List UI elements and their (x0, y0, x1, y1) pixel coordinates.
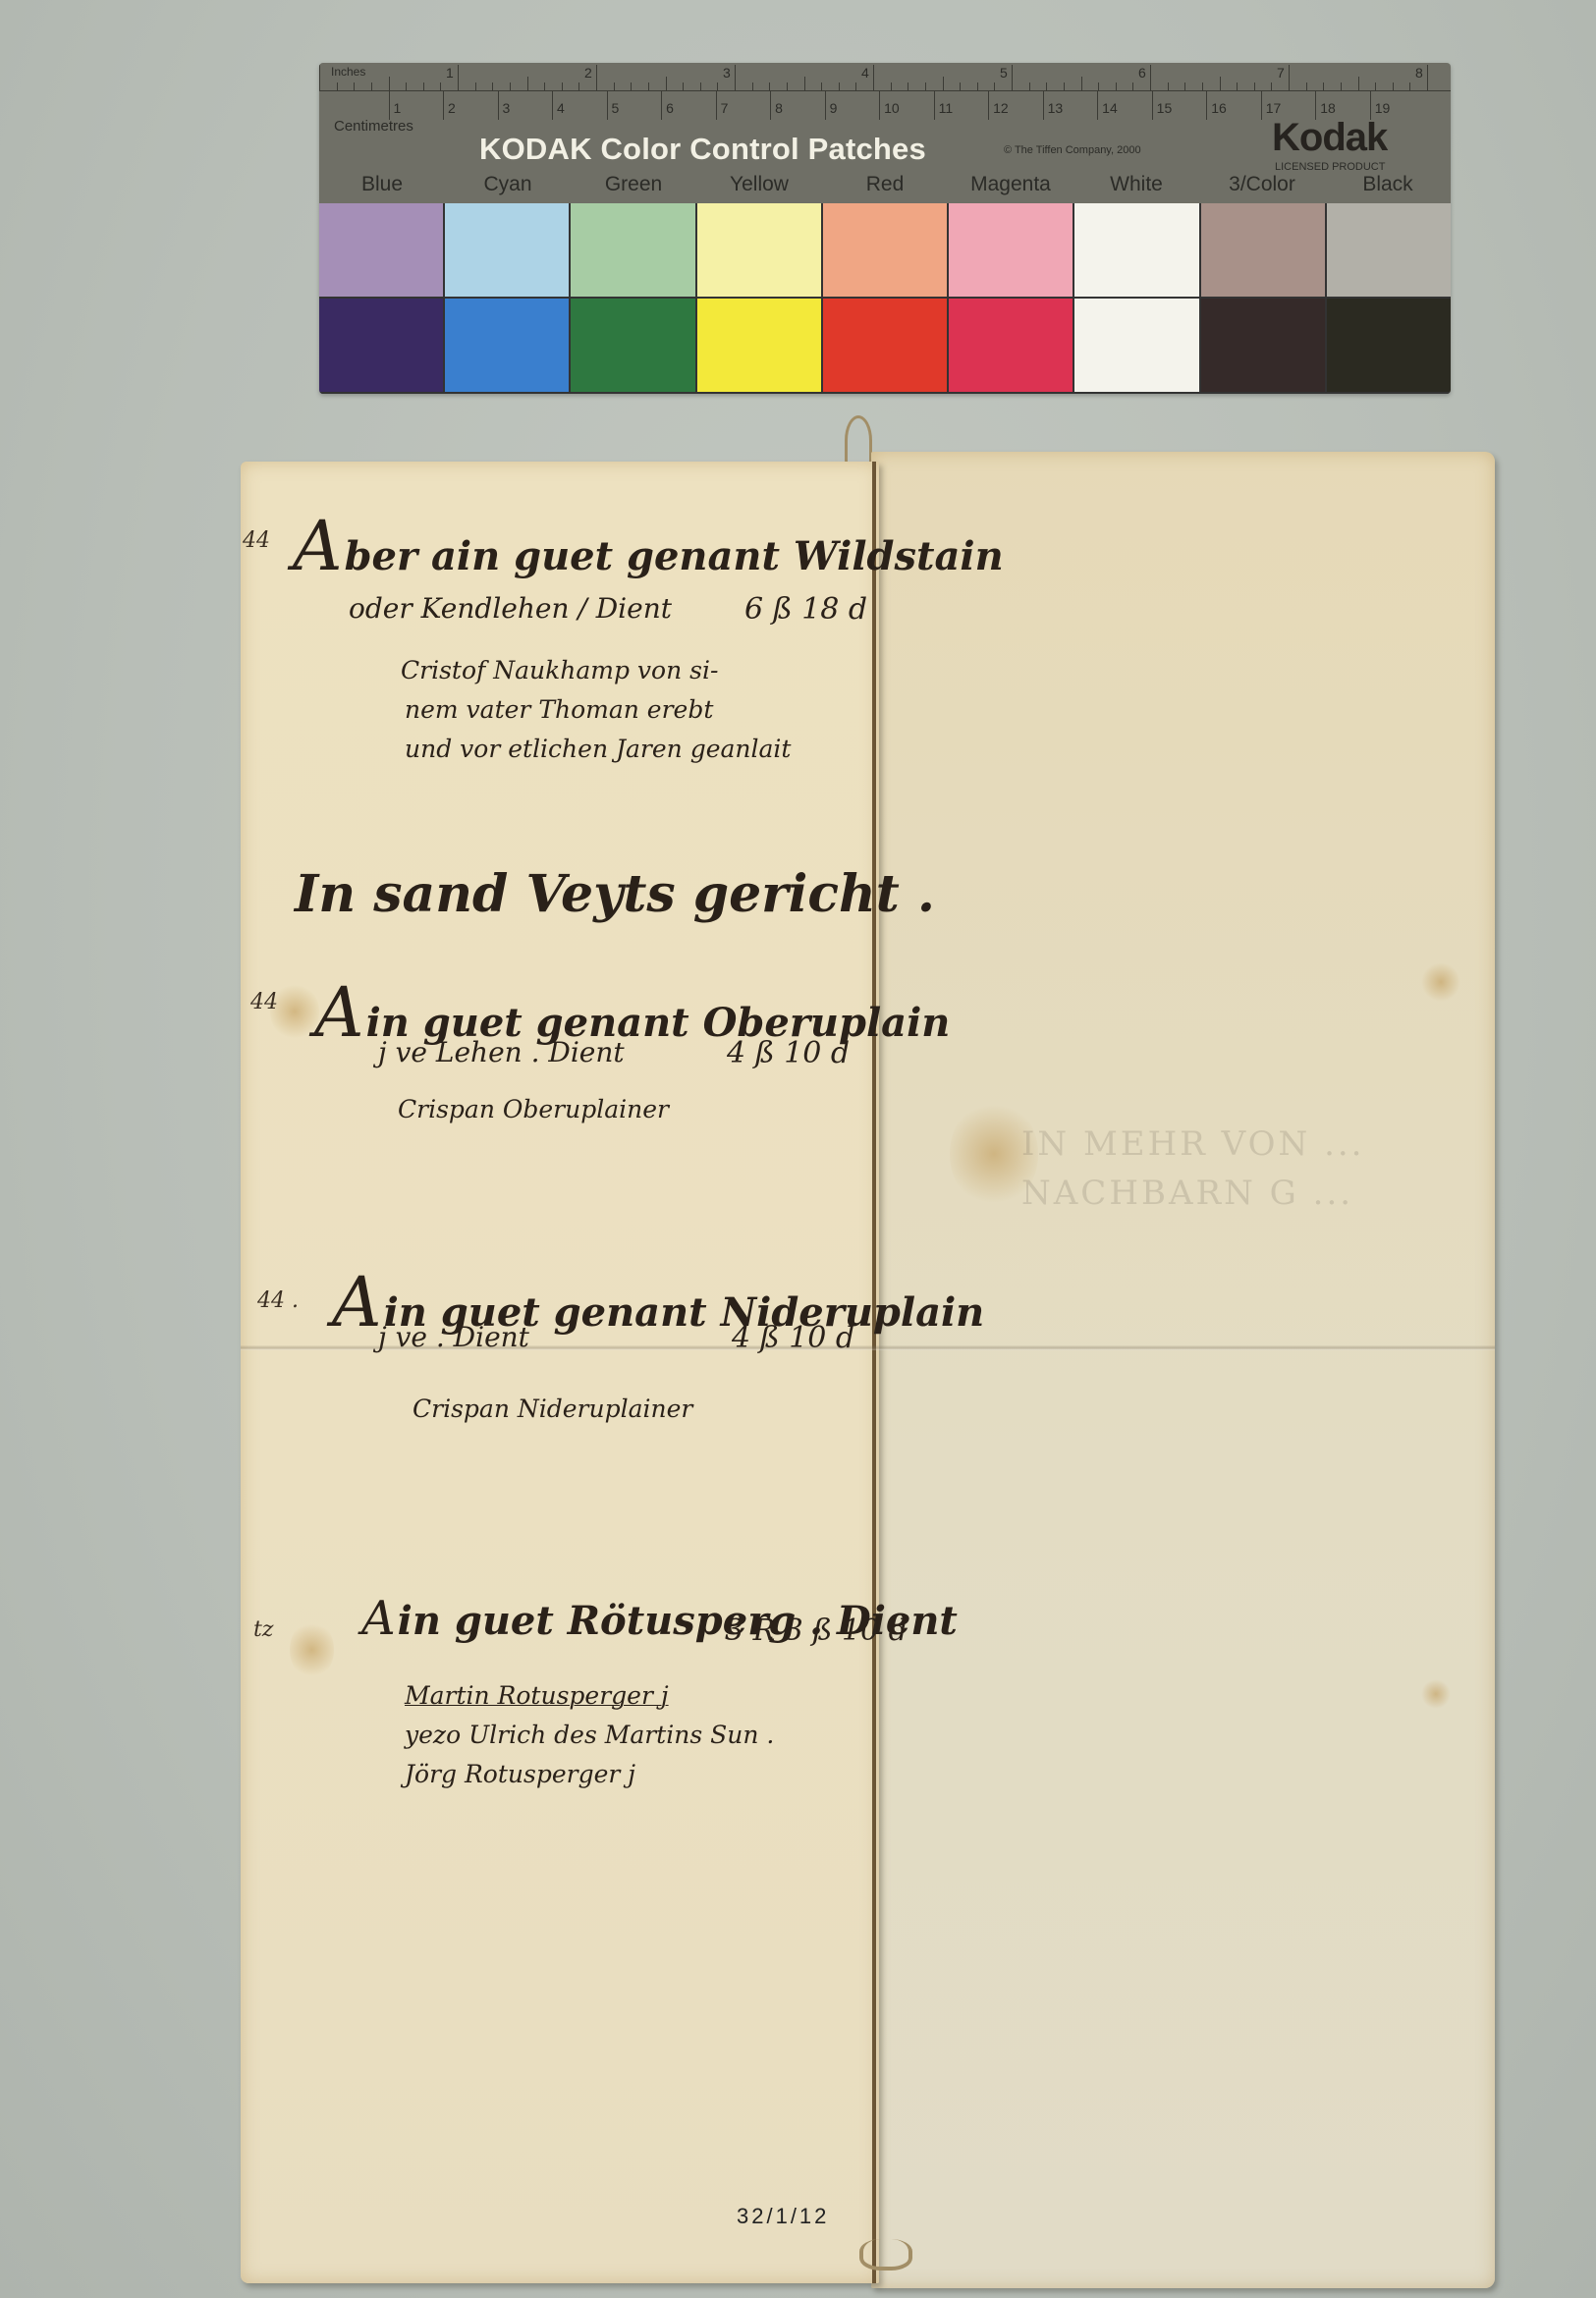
entry-amount: 3 R 3 ß 10 d (725, 1614, 908, 1648)
entry-detail: oder Kendlehen / Dient (349, 592, 672, 625)
patch-label: 3/Color (1199, 173, 1325, 198)
licensed-product-label: LICENSED PRODUCT (1275, 161, 1385, 173)
patch-label: Magenta (948, 173, 1073, 198)
dark-patch-row (319, 299, 1451, 394)
inch-tick-label: 1 (446, 65, 454, 81)
decorated-initial: A (314, 972, 364, 1053)
cm-tick-label: 14 (1102, 100, 1118, 116)
cm-tick-label: 6 (666, 100, 674, 116)
cm-tick-label: 10 (884, 100, 900, 116)
cm-tick-label: 5 (612, 100, 620, 116)
entry-detail: j ve . Dient (378, 1321, 529, 1353)
entry-note: Crispan Nideruplainer (413, 1395, 692, 1423)
color-patch-blue-dark (319, 299, 445, 394)
centimetres-label: Centimetres (334, 118, 413, 135)
margin-mark: 44 (250, 990, 278, 1014)
inch-tick-label: 5 (1000, 65, 1008, 81)
inches-label: Inches (331, 65, 365, 79)
patch-labels: Blue Cyan Green Yellow Red Magenta White… (319, 173, 1451, 198)
color-patch-red-light (823, 203, 949, 299)
cm-tick-label: 11 (939, 100, 954, 116)
color-patch-red-dark (823, 299, 949, 394)
binding-string-bottom (859, 2239, 912, 2271)
color-patch-green-dark (571, 299, 696, 394)
color-patch-black-dark (1327, 299, 1451, 394)
cm-tick-label: 1 (394, 100, 402, 116)
cm-tick-label: 9 (830, 100, 838, 116)
entry-amount: 4 ß 10 d (727, 1036, 850, 1070)
foxing-spot (1421, 1679, 1451, 1709)
color-patch-magenta-dark (949, 299, 1074, 394)
margin-mark: tz (253, 1617, 273, 1642)
entry-note: Crispan Oberuplainer (398, 1095, 669, 1123)
decorated-initial: A (332, 1262, 382, 1342)
entry-note: Jörg Rotusperger j (405, 1760, 635, 1788)
color-patch-white-light (1074, 203, 1200, 299)
kodak-color-target: Inches 12345678 123456789101112131415161… (319, 63, 1451, 394)
color-patch-cyan-dark (445, 299, 571, 394)
color-patch-3-color-light (1201, 203, 1327, 299)
bleed-through-text: IN MEHR VON ... NACHBARN G ... (1021, 1120, 1365, 1218)
light-patch-row (319, 203, 1451, 299)
color-patch-blue-light (319, 203, 445, 299)
entry-note: Cristof Naukhamp von si- (401, 656, 718, 684)
inch-ruler: Inches 12345678 (319, 63, 1451, 91)
patch-label: Yellow (696, 173, 822, 198)
binding-string-top (845, 415, 872, 465)
entry-note: und vor etlichen Jaren geanlait (405, 735, 791, 763)
color-patch-yellow-light (697, 203, 823, 299)
decorated-initial: A (361, 1591, 396, 1646)
inch-tick-label: 6 (1138, 65, 1146, 81)
inch-tick-label: 8 (1415, 65, 1423, 81)
target-title: KODAK Color Control Patches (479, 132, 926, 167)
inch-tick-label: 3 (723, 65, 731, 81)
color-patch-magenta-light (949, 203, 1074, 299)
color-patch-black-light (1327, 203, 1451, 299)
color-patch-white-dark (1074, 299, 1200, 394)
margin-mark: 44 . (257, 1288, 299, 1313)
color-patch-cyan-light (445, 203, 571, 299)
archive-reference: 32/1/12 (737, 2204, 829, 2229)
patch-label: White (1073, 173, 1199, 198)
margin-mark: 44 (243, 528, 270, 553)
patch-label: Green (571, 173, 696, 198)
entry-amount: 4 ß 10 d (732, 1321, 854, 1355)
cm-tick-label: 13 (1048, 100, 1064, 116)
section-heading: In sand Veyts gericht . (295, 864, 935, 924)
cm-tick-label: 4 (557, 100, 565, 116)
inch-tick-label: 2 (584, 65, 592, 81)
cm-tick-label: 7 (721, 100, 729, 116)
cm-tick-label: 8 (775, 100, 783, 116)
cm-tick-label: 15 (1157, 100, 1173, 116)
patch-label: Cyan (445, 173, 571, 198)
entry-note: yezo Ulrich des Martins Sun . (405, 1721, 774, 1749)
entry-note: nem vater Thoman erebt (405, 695, 713, 724)
color-patch-3-color-dark (1201, 299, 1327, 394)
foxing-spot (1421, 962, 1460, 1002)
cm-tick-label: 16 (1211, 100, 1227, 116)
patch-label: Red (822, 173, 948, 198)
center-fold-spine (872, 462, 876, 2283)
patch-label: Blue (319, 173, 445, 198)
cm-tick-label: 3 (503, 100, 511, 116)
color-patch-grid (319, 203, 1451, 394)
entry-detail: j ve Lehen . Dient (378, 1036, 625, 1068)
cm-tick-label: 17 (1266, 100, 1282, 116)
color-patch-yellow-dark (697, 299, 823, 394)
cm-tick-label: 19 (1375, 100, 1391, 116)
entry-title: Aber ain guet genant Wildstain (293, 506, 1004, 586)
decorated-initial: A (293, 506, 343, 586)
kodak-logo: Kodak (1272, 116, 1387, 160)
foxing-spot (290, 1620, 334, 1679)
inch-tick-label: 4 (861, 65, 869, 81)
entry-amount: 6 ß 18 d (744, 592, 867, 627)
cm-tick-label: 12 (993, 100, 1009, 116)
entry-note-struck: Martin Rotusperger j (405, 1681, 669, 1710)
manuscript-right-leaf (871, 452, 1495, 2288)
copyright-notice: © The Tiffen Company, 2000 (1004, 144, 1141, 156)
cm-tick-label: 18 (1320, 100, 1336, 116)
patch-label: Black (1325, 173, 1451, 198)
cm-tick-label: 2 (448, 100, 456, 116)
inch-tick-label: 7 (1277, 65, 1285, 81)
color-patch-green-light (571, 203, 696, 299)
